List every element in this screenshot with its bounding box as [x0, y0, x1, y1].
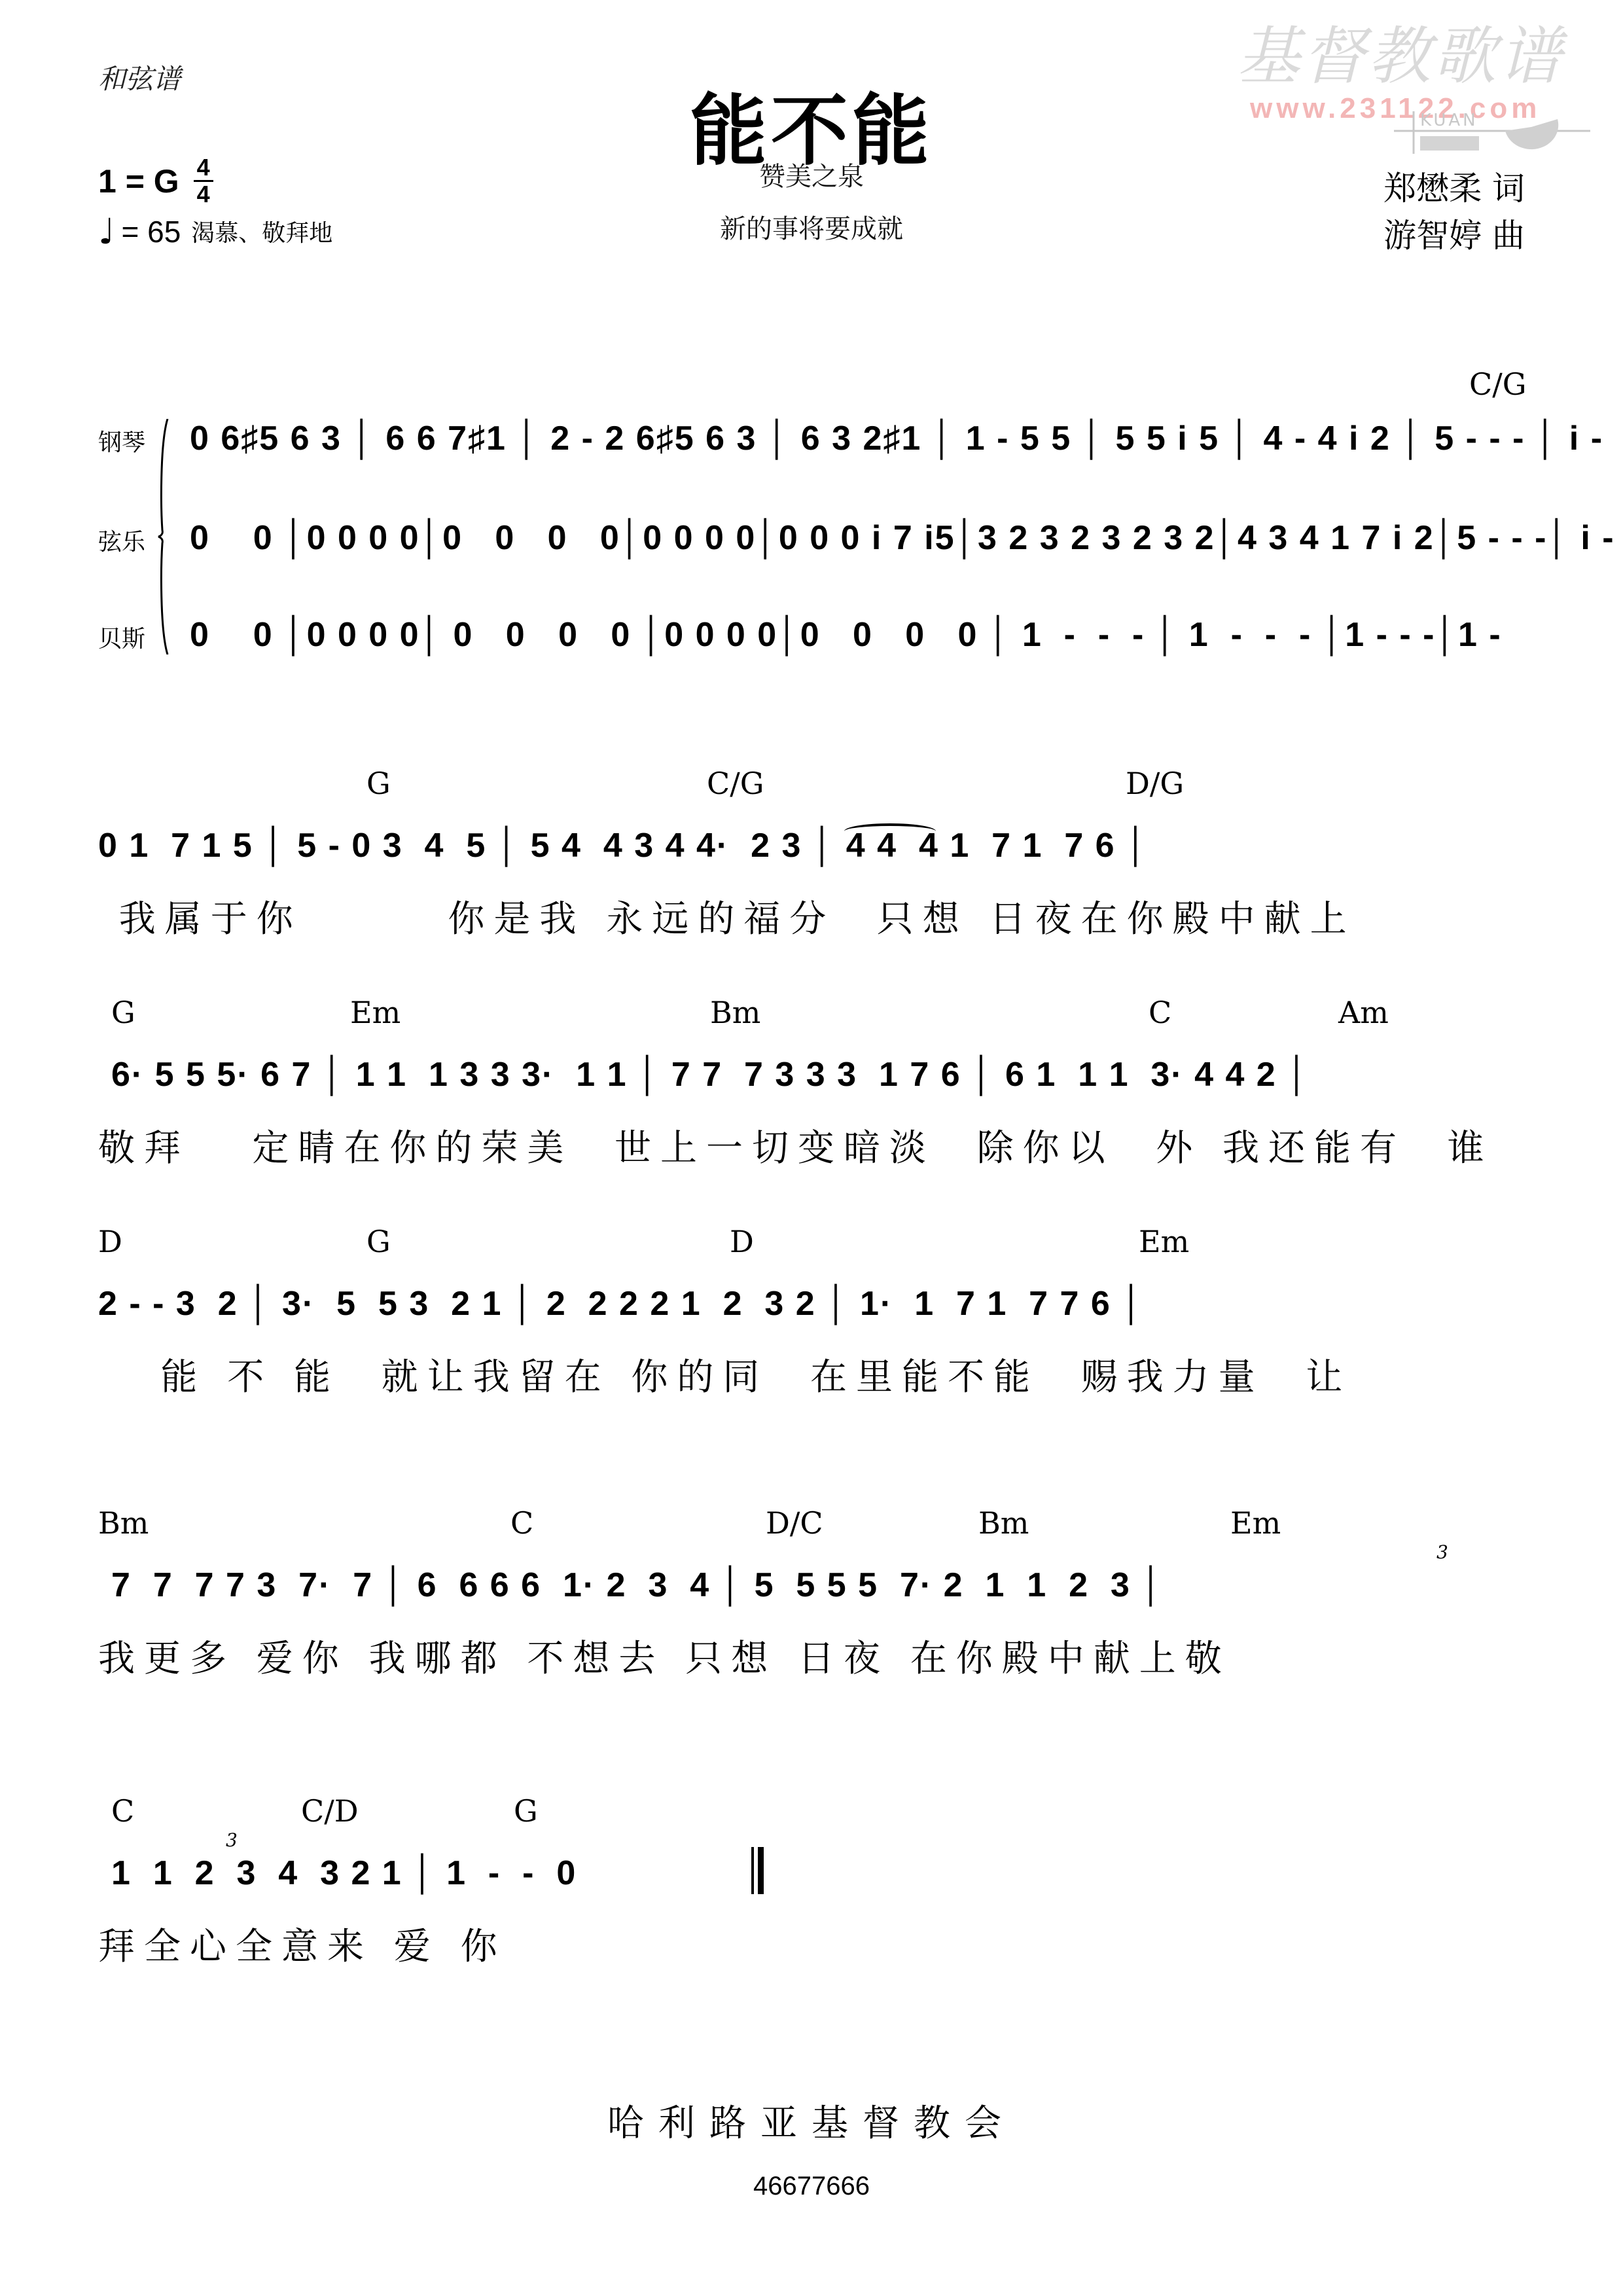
chord-symbol: C	[111, 1793, 134, 1829]
chord-symbol: C/G	[707, 766, 764, 801]
credits: 郑懋柔 词 游智婷 曲	[1383, 165, 1525, 259]
bass-staff: 0 0 │0 0 0 0│ 0 0 0 0 │0 0 0 0│0 0 0 0 │…	[190, 615, 1502, 655]
key-label: 1 = G	[98, 162, 179, 200]
expression-mark: 渴慕、敬拜地	[191, 215, 332, 248]
watermark: 基督教歌谱 www.231122.com KUAN	[1237, 7, 1603, 157]
chord-symbol: C/G	[1469, 367, 1526, 402]
lyrics-line: 敬拜 定睛在你的荣美 世上一切变暗淡 除你以 外 我还能有 谁	[98, 1119, 1493, 1172]
lyrics-line: 拜全心全意来 爱 你	[98, 1918, 507, 1970]
instrument-label-strings: 弦乐	[98, 524, 145, 557]
chord-symbol: D	[730, 1224, 754, 1259]
svg-text:KUAN: KUAN	[1420, 111, 1478, 130]
melody-notes: 7 7 7 7 3 7· 7 │ 6 6 6 6 1· 2 3 4 │ 5 5 …	[111, 1566, 1164, 1605]
album-label: 赞美之泉	[0, 156, 1623, 193]
piano-staff: 0 6♯5 6 3 │ 6 6 7♯1 │ 2 - 2 6♯5 6 3 │ 6 …	[190, 419, 1603, 458]
chord-symbol: Am	[1338, 995, 1389, 1030]
lyrics-line: 我属于你 你是我 永远的福分 只想 日夜在你殿中献上	[98, 890, 1356, 942]
composer: 游智婷 曲	[1383, 212, 1525, 259]
chord-symbol: C	[1149, 995, 1171, 1030]
melody-notes: 6· 5 5 5· 6 7 │ 1 1 1 3 3 3· 1 1 │ 7 7 7…	[111, 1055, 1310, 1094]
time-sig-top: 4	[197, 156, 210, 179]
chord-symbol: G	[366, 766, 391, 801]
time-sig-bottom: 4	[197, 183, 210, 206]
lyrics-line: 我更多 爱你 我哪都 不想去 只想 日夜 在你殿中献上敬	[98, 1630, 1231, 1682]
melody-notes: 1 1 2 3 4 3 2 1 │ 1 - - 0	[111, 1854, 577, 1893]
chord-symbol: Bm	[98, 1505, 149, 1541]
system-brace-icon	[157, 419, 170, 655]
chord-symbol: Bm	[710, 995, 760, 1030]
chord-symbol: C/D	[301, 1793, 359, 1829]
key-signature: 1 = G 4 4	[98, 156, 213, 206]
triplet-marker: 3	[1436, 1541, 1448, 1563]
contact-phone: 46677666	[0, 2172, 1623, 2201]
lyricist: 郑懋柔 词	[1383, 165, 1525, 212]
chord-symbol: Em	[1230, 1505, 1281, 1541]
watermark-calligraphy: 基督教歌谱	[1237, 7, 1603, 96]
tempo-value: = 65	[121, 214, 181, 249]
melody-notes: 0 1 7 1 5 │ 5 - 0 3 4 5 │ 5 4 4 3 4 4· 2…	[98, 826, 1149, 865]
chord-symbol: D/C	[766, 1505, 823, 1541]
chord-symbol: G	[111, 995, 135, 1030]
quarter-note-icon: ♩	[98, 211, 115, 252]
chord-symbol: Em	[350, 995, 401, 1030]
tempo-marking: ♩ = 65 渴慕、敬拜地	[98, 211, 332, 252]
final-barline	[751, 1847, 754, 1894]
triplet-marker: 3	[226, 1829, 238, 1851]
kuan-logo-icon: KUAN	[1394, 105, 1597, 157]
chord-symbol: G	[366, 1224, 391, 1259]
church-name: 哈利路亚基督教会	[0, 2094, 1623, 2147]
time-signature: 4 4	[194, 156, 213, 206]
strings-staff: 0 0 │0 0 0 0│0 0 0 0│0 0 0 0│0 0 0 i 7 i…	[190, 518, 1615, 558]
instrument-label-piano: 钢琴	[98, 424, 145, 457]
lyrics-line: 能 不 能 就让我留在 你的同 在里能不能 赐我力量 让	[98, 1348, 1351, 1401]
chord-symbol: C	[510, 1505, 533, 1541]
chord-symbol: Em	[1139, 1224, 1189, 1259]
chord-symbol: G	[514, 1793, 538, 1829]
melody-notes: 2 - - 3 2 │ 3· 5 5 3 2 1 │ 2 2 2 2 1 2 3…	[98, 1284, 1145, 1323]
chord-symbol: Bm	[978, 1505, 1029, 1541]
chord-symbol: D	[98, 1224, 122, 1259]
instrument-label-bass: 贝斯	[98, 620, 145, 654]
final-barline-thick	[758, 1847, 764, 1894]
chord-symbol: D/G	[1126, 766, 1184, 801]
